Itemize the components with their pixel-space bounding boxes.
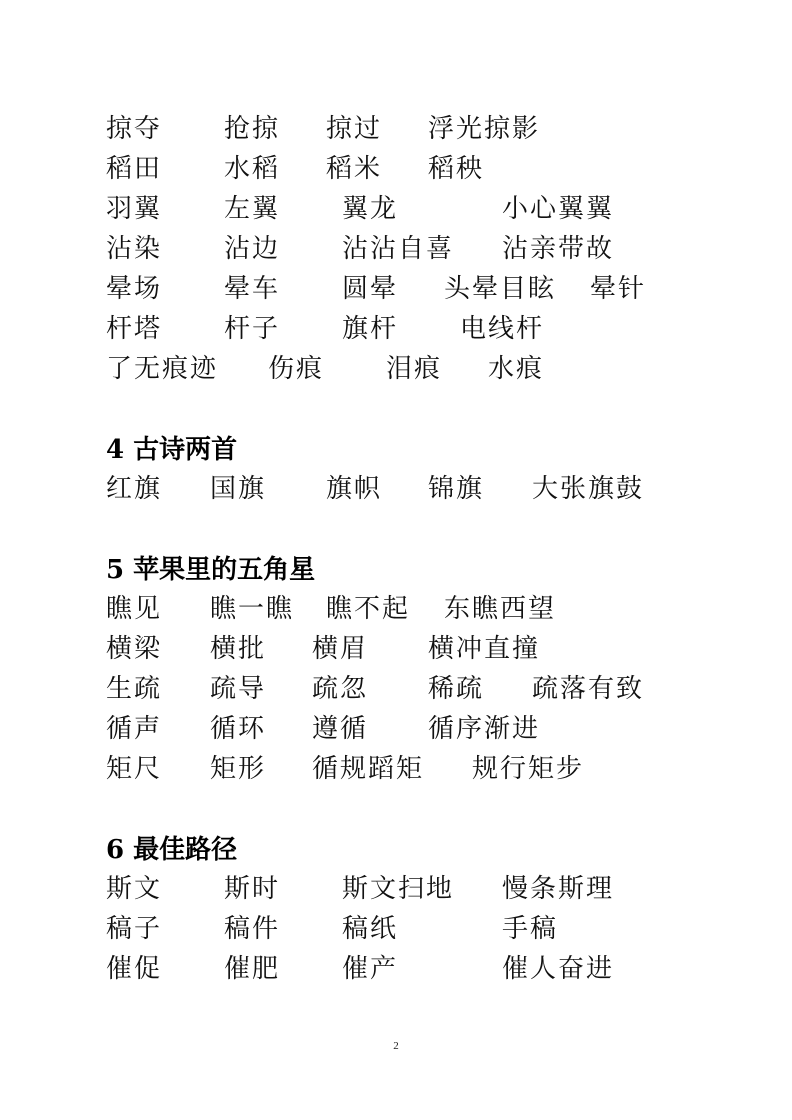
word: 矩形 xyxy=(210,753,266,785)
word: 晕车 xyxy=(224,273,280,305)
word: 大张旗鼓 xyxy=(532,473,644,505)
word: 东瞧西望 xyxy=(444,593,556,625)
word: 旗帜 xyxy=(326,473,382,505)
word: 横眉 xyxy=(312,633,368,665)
word: 循声 xyxy=(106,713,162,745)
word: 遵循 xyxy=(312,713,368,745)
word: 催产 xyxy=(342,953,398,985)
word-row: 横梁 横批 横眉 横冲直撞 xyxy=(0,633,792,665)
word: 循环 xyxy=(210,713,266,745)
word: 矩尺 xyxy=(106,753,162,785)
section-heading: 5 苹果里的五角星 xyxy=(106,554,315,586)
word: 浮光掠影 xyxy=(428,113,540,145)
word: 稀疏 xyxy=(428,673,484,705)
word: 伤痕 xyxy=(268,353,324,385)
section-heading: 6 最佳路径 xyxy=(106,834,237,866)
word: 杆子 xyxy=(224,313,280,345)
word: 疏导 xyxy=(210,673,266,705)
word-row: 晕场 晕车 圆晕 头晕目眩 晕针 xyxy=(0,273,792,305)
word: 催人奋进 xyxy=(502,953,614,985)
word-row: 生疏 疏导 疏忽 稀疏 疏落有致 xyxy=(0,673,792,705)
word: 掠夺 xyxy=(106,113,162,145)
word: 稻米 xyxy=(326,153,382,185)
word: 慢条斯理 xyxy=(502,873,614,905)
word: 锦旗 xyxy=(428,473,484,505)
word-row: 矩尺 矩形 循规蹈矩 规行矩步 xyxy=(0,753,792,785)
word: 循规蹈矩 xyxy=(312,753,424,785)
word-row: 瞧见 瞧一瞧 瞧不起 东瞧西望 xyxy=(0,593,792,625)
word: 水稻 xyxy=(224,153,280,185)
word: 横冲直撞 xyxy=(428,633,540,665)
section-heading: 4 古诗两首 xyxy=(106,434,237,466)
word: 国旗 xyxy=(210,473,266,505)
word: 瞧一瞧 xyxy=(210,593,294,625)
word: 手稿 xyxy=(502,913,558,945)
word: 催促 xyxy=(106,953,162,985)
word: 水痕 xyxy=(488,353,544,385)
word-row: 羽翼 左翼 翼龙 小心翼翼 xyxy=(0,193,792,225)
word-row: 稻田 水稻 稻米 稻秧 xyxy=(0,153,792,185)
word: 横批 xyxy=(210,633,266,665)
word: 晕场 xyxy=(106,273,162,305)
word: 稻田 xyxy=(106,153,162,185)
word-row: 斯文 斯时 斯文扫地 慢条斯理 xyxy=(0,873,792,905)
word: 稿件 xyxy=(224,913,280,945)
word: 稿纸 xyxy=(342,913,398,945)
page-number: 2 xyxy=(0,1040,792,1052)
word: 疏落有致 xyxy=(532,673,644,705)
word: 圆晕 xyxy=(342,273,398,305)
word: 横梁 xyxy=(106,633,162,665)
word-row: 沾染 沾边 沾沾自喜 沾亲带故 xyxy=(0,233,792,265)
word: 规行矩步 xyxy=(472,753,584,785)
word: 红旗 xyxy=(106,473,162,505)
word-row: 杆塔 杆子 旗杆 电线杆 xyxy=(0,313,792,345)
word: 稻秧 xyxy=(428,153,484,185)
word: 瞧见 xyxy=(106,593,162,625)
word-row: 红旗 国旗 旗帜 锦旗 大张旗鼓 xyxy=(0,473,792,505)
word: 瞧不起 xyxy=(326,593,410,625)
word: 斯文扫地 xyxy=(342,873,454,905)
word: 沾边 xyxy=(224,233,280,265)
word: 抢掠 xyxy=(224,113,280,145)
word: 稿子 xyxy=(106,913,162,945)
word: 催肥 xyxy=(224,953,280,985)
word: 羽翼 xyxy=(106,193,162,225)
word: 沾沾自喜 xyxy=(342,233,454,265)
word: 斯时 xyxy=(224,873,280,905)
word-row: 了无痕迹 伤痕 泪痕 水痕 xyxy=(0,353,792,385)
word: 掠过 xyxy=(326,113,382,145)
word: 生疏 xyxy=(106,673,162,705)
word: 杆塔 xyxy=(106,313,162,345)
word: 沾染 xyxy=(106,233,162,265)
word: 沾亲带故 xyxy=(502,233,614,265)
word-row: 掠夺 抢掠 掠过 浮光掠影 xyxy=(0,113,792,145)
word: 电线杆 xyxy=(460,313,544,345)
word: 小心翼翼 xyxy=(502,193,614,225)
word: 泪痕 xyxy=(386,353,442,385)
word: 翼龙 xyxy=(342,193,398,225)
word: 旗杆 xyxy=(342,313,398,345)
word: 斯文 xyxy=(106,873,162,905)
word: 疏忽 xyxy=(312,673,368,705)
word: 左翼 xyxy=(224,193,280,225)
word: 头晕目眩 xyxy=(444,273,556,305)
document-page: 掠夺 抢掠 掠过 浮光掠影 稻田 水稻 稻米 稻秧 羽翼 左翼 翼龙 小心翼翼 … xyxy=(0,0,792,1120)
word-row: 稿子 稿件 稿纸 手稿 xyxy=(0,913,792,945)
word: 了无痕迹 xyxy=(106,353,218,385)
word-row: 循声 循环 遵循 循序渐进 xyxy=(0,713,792,745)
word: 晕针 xyxy=(590,273,646,305)
word-row: 催促 催肥 催产 催人奋进 xyxy=(0,953,792,985)
word: 循序渐进 xyxy=(428,713,540,745)
